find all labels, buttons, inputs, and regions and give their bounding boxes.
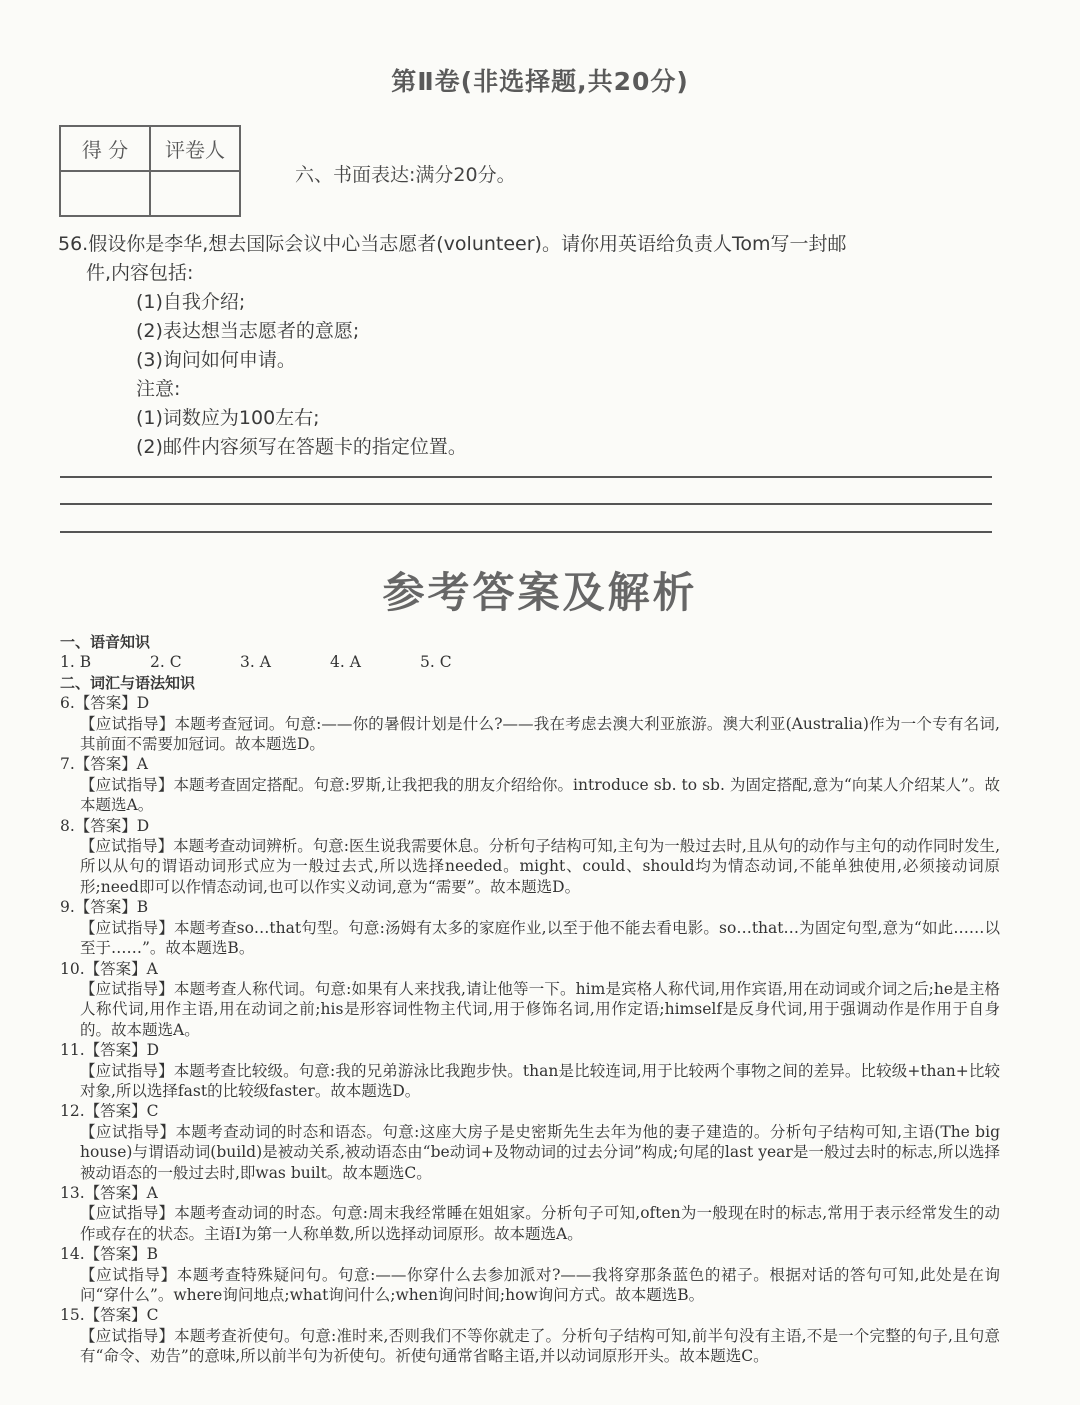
answer-item: 12.【答案】C 【应试指导】本题考查动词的时态和语态。句意:这座大房子是史密斯… [60, 1101, 1000, 1183]
answer-item: 9.【答案】B 【应试指导】本题考查so…that句型。句意:汤姆有太多的家庭作… [60, 897, 1000, 958]
answer-label: 12.【答案】C [60, 1101, 1000, 1121]
answer-label: 7.【答案】A [60, 754, 1000, 774]
answer-explanation: 【应试指导】本题考查祈使句。句意:准时来,否则我们不等你就走了。分析句子结构可知… [60, 1326, 1000, 1367]
content-point: (3)询问如何申请。 [58, 346, 998, 375]
grader-header: 评卷人 [150, 126, 240, 171]
answer-item: 15.【答案】C 【应试指导】本题考查祈使句。句意:准时来,否则我们不等你就走了… [60, 1305, 1000, 1366]
score-header: 得 分 [60, 126, 150, 171]
part1-answers: 1. B 2. C 3. A 4. A 5. C [60, 652, 1000, 672]
mc-answer: 2. C [150, 652, 240, 672]
answer-explanation: 【应试指导】本题考查动词的时态和语态。句意:这座大房子是史密斯先生去年为他的妻子… [60, 1122, 1000, 1183]
question-prompt-line1: 56.假设你是李华,想去国际会议中心当志愿者(volunteer)。请你用英语给… [58, 230, 998, 259]
answer-label: 11.【答案】D [60, 1040, 1000, 1060]
question-number: 56. [58, 233, 88, 255]
answer-explanation: 【应试指导】本题考查so…that句型。句意:汤姆有太多的家庭作业,以至于他不能… [60, 918, 1000, 959]
answer-explanation: 【应试指导】本题考查特殊疑问句。句意:——你穿什么去参加派对?——我将穿那条蓝色… [60, 1265, 1000, 1306]
note-item: (2)邮件内容须写在答题卡的指定位置。 [58, 433, 998, 462]
answer-label: 10.【答案】A [60, 959, 1000, 979]
answer-label: 14.【答案】B [60, 1244, 1000, 1264]
answer-item: 10.【答案】A 【应试指导】本题考查人称代词。句意:如果有人来找我,请让他等一… [60, 959, 1000, 1041]
mc-answer: 3. A [240, 652, 330, 672]
answer-explanation: 【应试指导】本题考查人称代词。句意:如果有人来找我,请让他等一下。him是宾格人… [60, 979, 1000, 1040]
score-table: 得 分 评卷人 [59, 125, 241, 217]
answer-explanation: 【应试指导】本题考查动词的时态。句意:周末我经常睡在姐姐家。分析句子可知,oft… [60, 1203, 1000, 1244]
answer-line [60, 503, 992, 505]
score-cell [60, 171, 150, 216]
note-label: 注意: [58, 375, 998, 404]
question-prompt-line2: 件,内容包括: [58, 259, 998, 288]
answer-item: 8.【答案】D 【应试指导】本题考查动词辨析。句意:医生说我需要休息。分析句子结… [60, 816, 1000, 898]
question-56: 56.假设你是李华,想去国际会议中心当志愿者(volunteer)。请你用英语给… [58, 230, 998, 462]
answer-label: 15.【答案】C [60, 1305, 1000, 1325]
answer-label: 13.【答案】A [60, 1183, 1000, 1203]
answer-explanation: 【应试指导】本题考查冠词。句意:——你的暑假计划是什么?——我在考虑去澳大利亚旅… [60, 714, 1000, 755]
answer-label: 6.【答案】D [60, 693, 1000, 713]
content-point: (2)表达想当志愿者的意愿; [58, 317, 998, 346]
note-item: (1)词数应为100左右; [58, 404, 998, 433]
exam-page: 第Ⅱ卷(非选择题,共20分) 得 分 评卷人 六、书面表达:满分20分。 56.… [0, 0, 1080, 1405]
content-point: (1)自我介绍; [58, 288, 998, 317]
answer-explanation: 【应试指导】本题考查固定搭配。句意:罗斯,让我把我的朋友介绍给你。introdu… [60, 775, 1000, 816]
part1-heading: 一、语音知识 [60, 632, 1000, 652]
answer-item: 11.【答案】D 【应试指导】本题考查比较级。句意:我的兄弟游泳比我跑步快。th… [60, 1040, 1000, 1101]
answer-label: 8.【答案】D [60, 816, 1000, 836]
mc-answer: 5. C [420, 652, 510, 672]
answer-key: 一、语音知识 1. B 2. C 3. A 4. A 5. C 二、词汇与语法知… [60, 632, 1000, 1367]
answer-explanation: 【应试指导】本题考查动词辨析。句意:医生说我需要休息。分析句子结构可知,主句为一… [60, 836, 1000, 897]
answer-line [60, 476, 992, 478]
writing-section-heading: 六、书面表达:满分20分。 [295, 160, 516, 187]
answer-line [60, 531, 992, 533]
answers-title: 参考答案及解析 [0, 560, 1080, 620]
mc-answer: 1. B [60, 652, 150, 672]
answer-item: 13.【答案】A 【应试指导】本题考查动词的时态。句意:周末我经常睡在姐姐家。分… [60, 1183, 1000, 1244]
answer-explanation: 【应试指导】本题考查比较级。句意:我的兄弟游泳比我跑步快。than是比较连词,用… [60, 1061, 1000, 1102]
answer-item: 6.【答案】D 【应试指导】本题考查冠词。句意:——你的暑假计划是什么?——我在… [60, 693, 1000, 754]
answer-label: 9.【答案】B [60, 897, 1000, 917]
answer-item: 7.【答案】A 【应试指导】本题考查固定搭配。句意:罗斯,让我把我的朋友介绍给你… [60, 754, 1000, 815]
part2-heading: 二、词汇与语法知识 [60, 673, 1000, 693]
part-title: 第Ⅱ卷(非选择题,共20分) [0, 62, 1080, 98]
mc-answer: 4. A [330, 652, 420, 672]
answer-item: 14.【答案】B 【应试指导】本题考查特殊疑问句。句意:——你穿什么去参加派对?… [60, 1244, 1000, 1305]
grader-cell [150, 171, 240, 216]
